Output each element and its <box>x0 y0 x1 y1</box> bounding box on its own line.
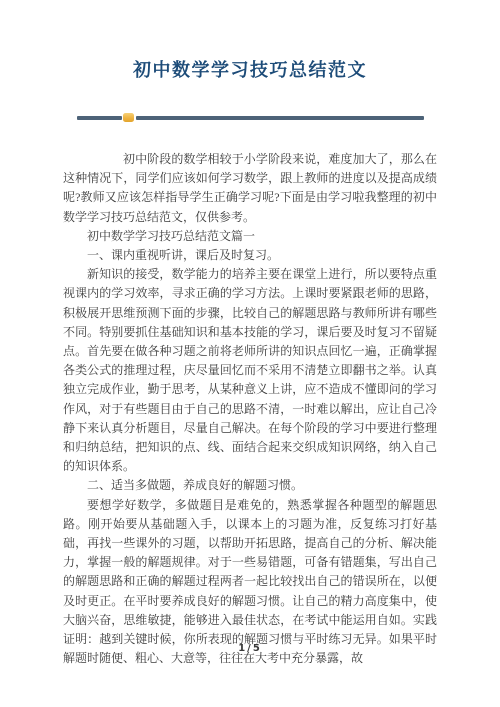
page-number: 1/5 <box>0 643 500 654</box>
divider-left-segment <box>77 116 122 120</box>
title-divider <box>77 113 424 122</box>
divider-accent-pill <box>123 113 134 122</box>
body-paragraph: 新知识的接受，数学能力的培养主要在课堂上进行，所以要特点重视课内的学习效率，寻求… <box>63 265 437 476</box>
intro-paragraph: 初中阶段的数学相较于小学阶段来说，难度加大了，那么在这种情况下，同学们应该如何学… <box>63 150 437 227</box>
heading-two-paragraph: 二、适当多做题，养成良好的解题习惯。 <box>63 476 437 495</box>
divider-right-segment <box>136 116 424 120</box>
document-body: 初中阶段的数学相较于小学阶段来说，难度加大了，那么在这种情况下，同学们应该如何学… <box>63 150 437 668</box>
section-title-paragraph: 初中数学学习技巧总结范文篇一 <box>63 227 437 246</box>
document-page: 初中数学学习技巧总结范文 初中阶段的数学相较于小学阶段来说，难度加大了，那么在这… <box>0 0 500 707</box>
document-title: 初中数学学习技巧总结范文 <box>0 0 500 82</box>
heading-one-paragraph: 一、课内重视听讲，课后及时复习。 <box>63 246 437 265</box>
